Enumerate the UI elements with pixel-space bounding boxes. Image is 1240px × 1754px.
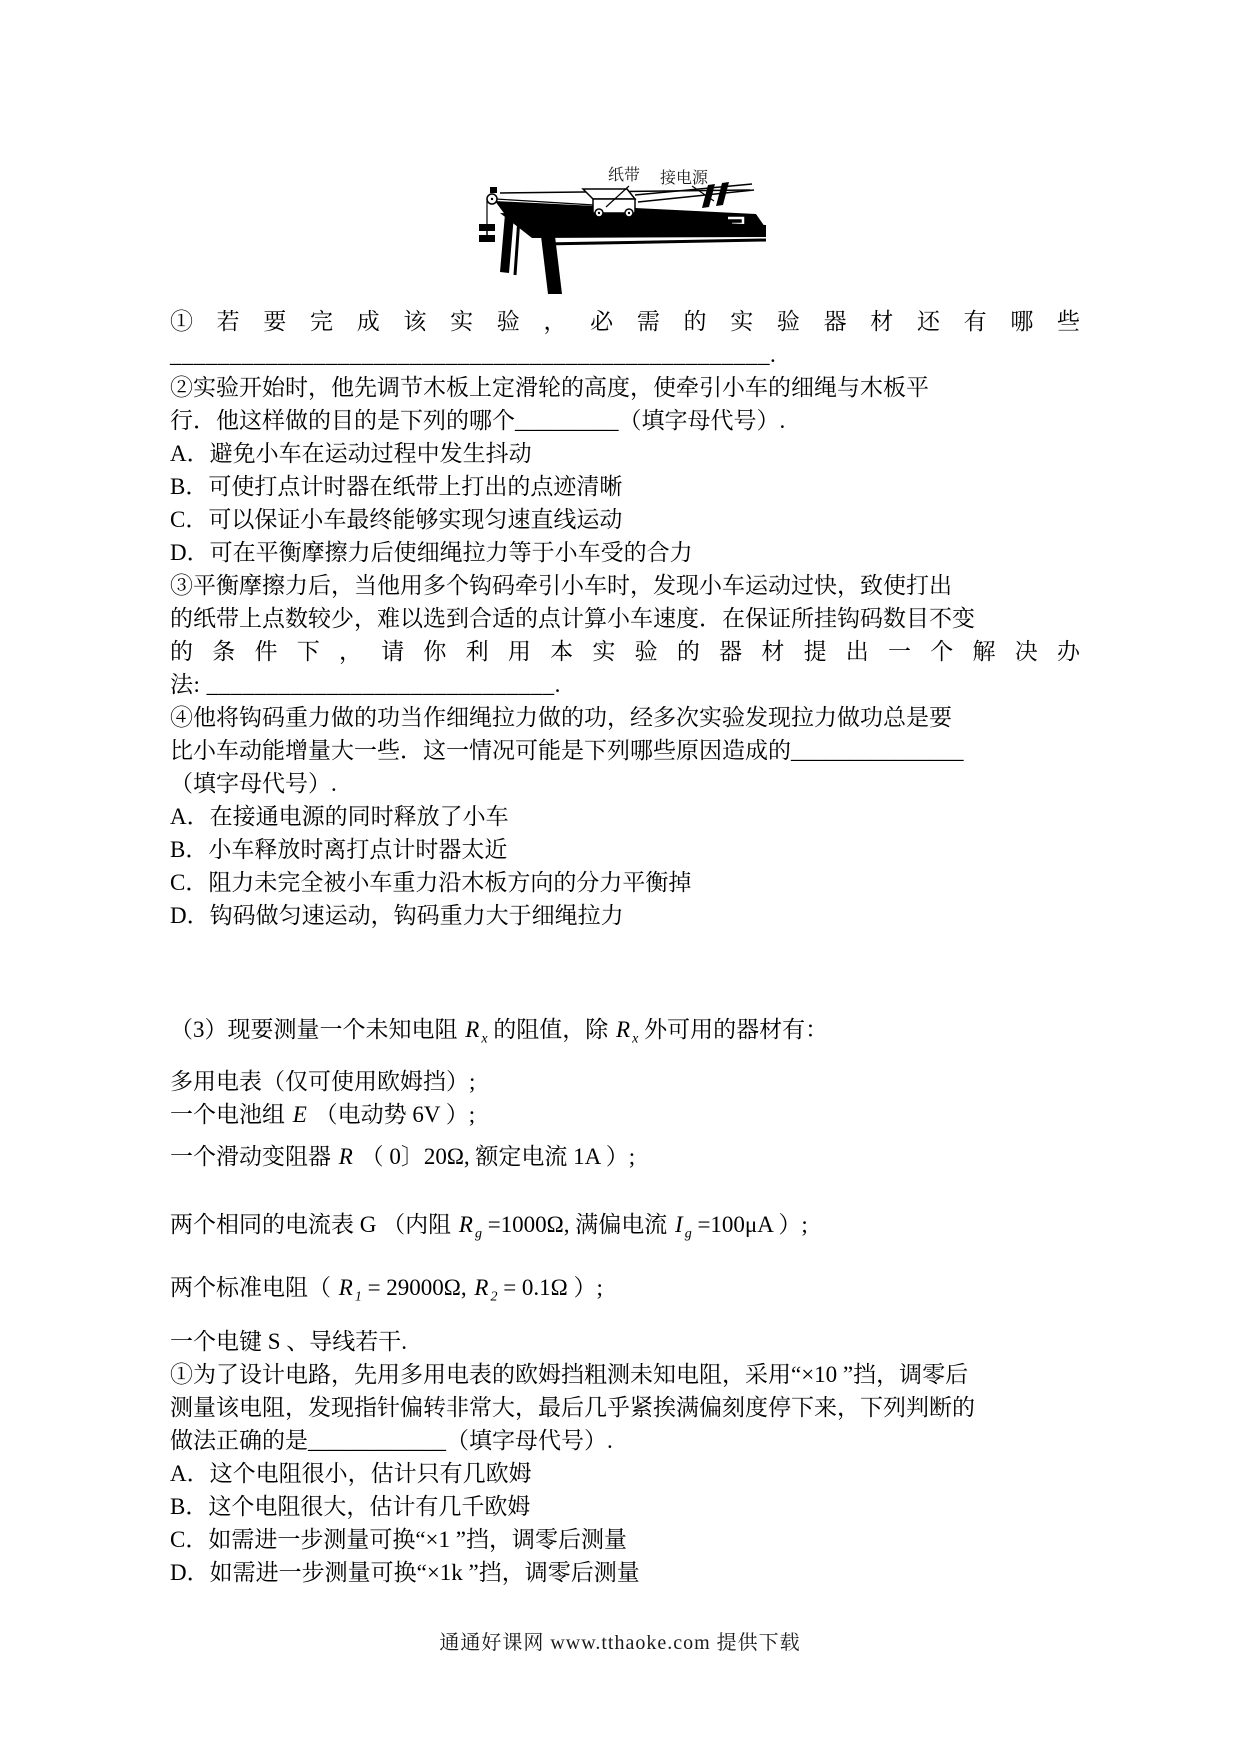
resistance-symbol: R [614, 1017, 632, 1042]
experiment-setup-figure: 纸带 接电源 [408, 128, 778, 298]
pulley-mount [490, 187, 497, 193]
q-sub2-line1: ②实验开始时，他先调节木板上定滑轮的高度，使牵引小车的细绳与木板平 [170, 371, 1080, 404]
equipment-battery: 一个电池组 E （电动势 6V ）; [170, 1098, 1080, 1131]
q-sub4-option-a: A．在接通电源的同时释放了小车 [170, 800, 1080, 833]
hanging-weight [479, 224, 495, 231]
q-sub1-prompt: ① 若 要 完 成 该 实 验 ， 必 需 的 实 验 器 材 还 有 哪 些 [170, 305, 1080, 338]
equipment-multimeter: 多用电表（仅可使用欧姆挡）; [170, 1065, 1080, 1098]
q-sub3-line3: 的 条 件 下 ， 请 你 利 用 本 实 验 的 器 材 提 出 一 个 解 … [170, 635, 1080, 668]
q-sub4-line3: （填字母代号）. [170, 767, 1080, 800]
q-sub2-option-b: B．可使打点计时器在纸带上打出的点迹清晰 [170, 470, 1080, 503]
q-sub2-option-d: D．可在平衡摩擦力后使细绳拉力等于小车受的合力 [170, 536, 1080, 569]
q-sub4-option-c: C．阻力未完全被小车重力沿木板方向的分力平衡掉 [170, 866, 1080, 899]
q3-sub1-line2: 测量该电阻，发现指针偏转非常大，最后几乎紧挨满偏刻度停下来，下列判断的 [170, 1391, 1080, 1424]
equipment-switch-wires: 一个电键 S 、导线若干. [170, 1325, 1080, 1358]
q-sub2-line2: 行．他这样做的目的是下列的哪个_________（填字母代号）. [170, 404, 1080, 437]
q-sub4-option-d: D．钩码做匀速运动，钩码重力大于细绳拉力 [170, 899, 1080, 932]
q-sub4-option-b: B．小车释放时离打点计时器太近 [170, 833, 1080, 866]
q3-sub1-answer-blank: 做法正确的是____________（填字母代号）. [170, 1424, 1080, 1457]
current-symbol: I [673, 1212, 685, 1237]
resistor-symbol: R [337, 1144, 355, 1169]
table-leg [500, 214, 514, 273]
q-sub1-answer-blank: ________________________________________… [170, 338, 1080, 371]
pulley-axle [491, 198, 493, 200]
question-body: ① 若 要 完 成 该 实 验 ， 必 需 的 实 验 器 材 还 有 哪 些 … [170, 305, 1080, 1589]
q-sub4-line1: ④他将钩码重力做的功当作细绳拉力做的功，经多次实验发现拉力做功总是要 [170, 701, 1080, 734]
emf-symbol: E [291, 1102, 309, 1127]
q-sub3-line2: 的纸带上点数较少，难以选到合适的点计算小车速度．在保证所挂钩码数目不变 [170, 602, 1080, 635]
experiment-setup-drawing: 纸带 接电源 [408, 128, 778, 298]
tape-label: 纸带 [608, 166, 640, 184]
q-sub2-option-a: A．避免小车在运动过程中发生抖动 [170, 437, 1080, 470]
q-sub4-line2: 比小车动能增量大一些．这一情况可能是下列哪些原因造成的_____________… [170, 734, 1080, 767]
resistor1-symbol: R [337, 1275, 355, 1300]
q3-sub1-option-d: D．如需进一步测量可换“×1k ”挡，调零后测量 [170, 1556, 1080, 1589]
equipment-rheostat: 一个滑动变阻器 R （ 0〕20Ω, 额定电流 1A ）; [170, 1140, 1080, 1173]
table-leg [515, 218, 519, 275]
q3-sub1-option-b: B．这个电阻很大，估计有几千欧姆 [170, 1490, 1080, 1523]
resistance-symbol: R [463, 1017, 481, 1042]
power-label: 接电源 [660, 169, 709, 187]
hanging-weight [479, 235, 495, 242]
q3-heading: （3）现要测量一个未知电阻 Rx 的阻值，除 Rx 外可用的器材有： [170, 1013, 1080, 1046]
cart-wheel-axle [598, 212, 600, 214]
site-footer: 通通好课网 www.tthaoke.com 提供下载 [0, 1626, 1240, 1655]
equipment-standard-resistors: 两个标准电阻（ R1 = 29000Ω, R2 = 0.1Ω ）; [170, 1271, 1080, 1304]
internal-resistance-symbol: R [457, 1212, 475, 1237]
q3-sub1-option-a: A．这个电阻很小，估计只有几欧姆 [170, 1457, 1080, 1490]
equipment-galvanometers: 两个相同的电流表 G （内阻 Rg =1000Ω, 满偏电流 Ig =100μA… [170, 1208, 1080, 1241]
q-sub2-option-c: C．可以保证小车最终能够实现匀速直线运动 [170, 503, 1080, 536]
power-wire-bar [702, 184, 715, 208]
q3-sub1-option-c: C．如需进一步测量可换“×1 ”挡，调零后测量 [170, 1523, 1080, 1556]
q3-sub1-line1: ①为了设计电路，先用多用电表的欧姆挡粗测未知电阻，采用“×10 ”挡，调零后 [170, 1358, 1080, 1391]
exam-document-page: 纸带 接电源 ① 若 要 完 成 该 实 验 ， 必 需 的 实 验 器 材 还… [0, 0, 1240, 1754]
resistor2-symbol: R [472, 1275, 490, 1300]
cart-wheel-axle [628, 212, 630, 214]
q-sub3-line1: ③平衡摩擦力后，当他用多个钩码牵引小车时，发现小车运动过快，致使打出 [170, 569, 1080, 602]
table-edge-line [542, 240, 766, 244]
cart-top [583, 189, 635, 199]
q-sub3-answer-blank: 法: _____________________________. [170, 668, 1080, 701]
